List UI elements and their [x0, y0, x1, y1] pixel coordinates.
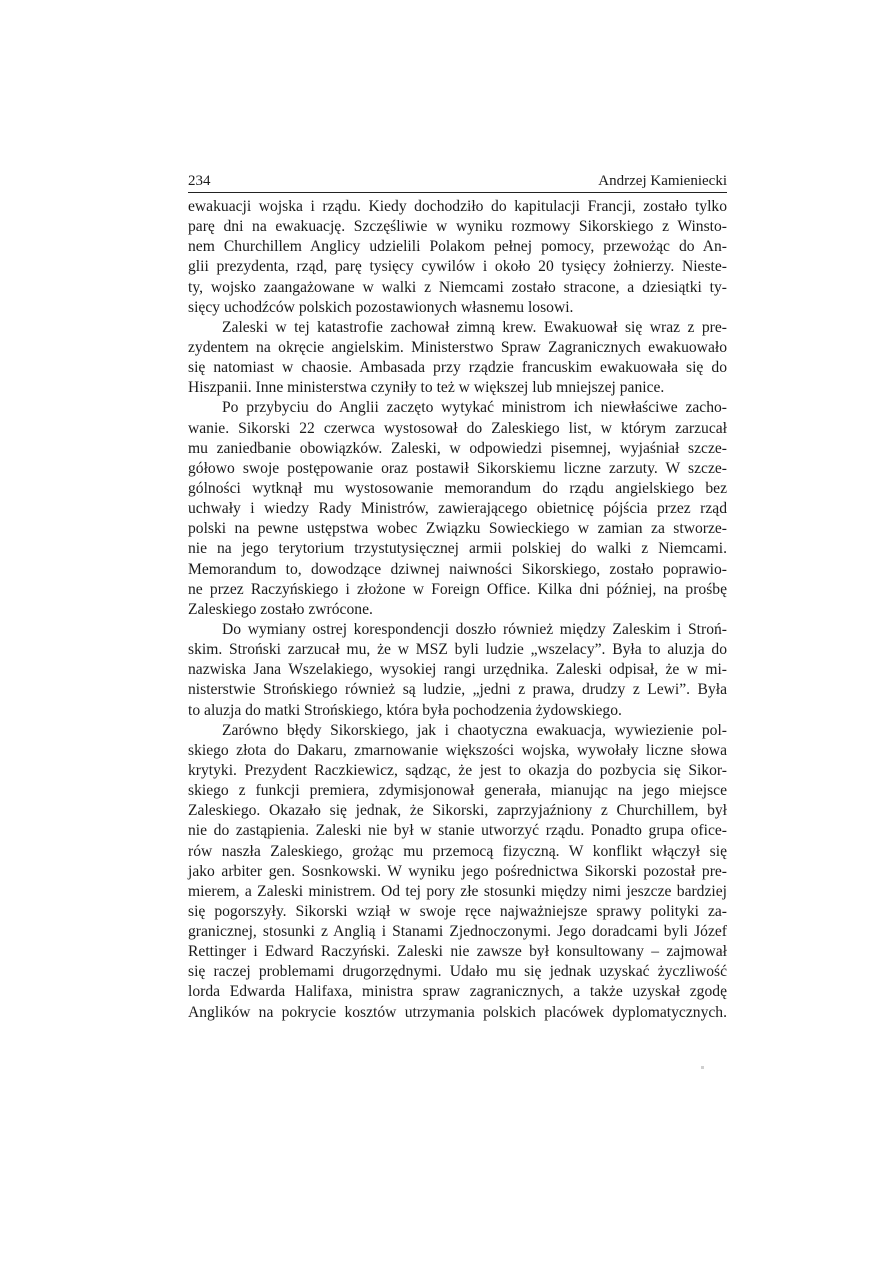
text-line: krytyki. Prezydent Raczkiewicz, sądząc, … [188, 761, 727, 781]
text-line: Zaleski w tej katastrofie zachował zimną… [188, 318, 727, 338]
text-line: granicznej, stosunki z Anglią i Stanami … [188, 922, 727, 942]
text-line: wanie. Sikorski 22 czerwca wystosował do… [188, 419, 727, 439]
text-line: gólności wytknął mu wystosowanie memoran… [188, 479, 727, 499]
text-line: skiego złota do Dakaru, zmarnowanie więk… [188, 741, 727, 761]
text-line: gółowo swoje postępowanie oraz postawił … [188, 459, 727, 479]
text-line: nem Churchillem Anglicy udzielili Polako… [188, 237, 727, 257]
running-head-author: Andrzej Kamieniecki [598, 172, 727, 190]
scan-speck [701, 1066, 704, 1069]
text-line: Zaleskiego zostało zwrócone. [188, 600, 727, 620]
text-line: lorda Edwarda Halifaxa, ministra spraw z… [188, 982, 727, 1002]
text-line: polski na pewne ustępstwa wobec Związku … [188, 519, 727, 539]
book-page: 234 Andrzej Kamieniecki ewakuacji wojska… [188, 172, 727, 1023]
text-line: sięcy uchodźców polskich pozostawionych … [188, 298, 727, 318]
text-line: nisterstwie Strońskiego również są ludzi… [188, 680, 727, 700]
text-line: Hiszpanii. Inne ministerstwa czyniły to … [188, 378, 727, 398]
text-line: glii prezydenta, rząd, parę tysięcy cywi… [188, 257, 727, 277]
text-line: mu zaniedbanie obowiązków. Zaleski, w od… [188, 439, 727, 459]
text-line: skiego z funkcji premiera, zdymisjonował… [188, 781, 727, 801]
text-line: nie do zastąpienia. Zaleski nie był w st… [188, 821, 727, 841]
text-line: rów naszła Zaleskiego, grożąc mu przemoc… [188, 842, 727, 862]
text-line: ne przez Raczyńskiego i złożone w Foreig… [188, 580, 727, 600]
text-line: się natomiast w chaosie. Ambasada przy r… [188, 358, 727, 378]
text-line: nie na jego terytorium trzystutysięcznej… [188, 539, 727, 559]
text-line: Po przybyciu do Anglii zaczęto wytykać m… [188, 398, 727, 418]
text-line: mierem, a Zaleski ministrem. Od tej pory… [188, 882, 727, 902]
text-line: to aluzja do matki Strońskiego, która by… [188, 701, 727, 721]
text-line: ewakuacji wojska i rządu. Kiedy dochodzi… [188, 197, 727, 217]
text-line: Anglików na pokrycie kosztów utrzymania … [188, 1003, 727, 1023]
page-number: 234 [188, 172, 211, 190]
running-head: 234 Andrzej Kamieniecki [188, 172, 727, 193]
text-line: nazwiska Jana Wszelakiego, wysokiej rang… [188, 660, 727, 680]
text-line: się raczej problemami drugorzędnymi. Uda… [188, 962, 727, 982]
text-line: jako arbiter gen. Sosnkowski. W wyniku j… [188, 862, 727, 882]
text-line: Do wymiany ostrej korespondencji doszło … [188, 620, 727, 640]
text-line: się pogorszyły. Sikorski wziął w swoje r… [188, 902, 727, 922]
text-line: Memorandum to, dowodzące dziwnej naiwnoś… [188, 560, 727, 580]
text-line: ty, wojsko zaangażowane w walki z Niemca… [188, 278, 727, 298]
text-line: parę dni na ewakuację. Szczęśliwie w wyn… [188, 217, 727, 237]
text-line: skim. Stroński zarzucał mu, że w MSZ byl… [188, 640, 727, 660]
text-line: Rettinger i Edward Raczyński. Zaleski ni… [188, 942, 727, 962]
text-line: Zaleskiego. Okazało się jednak, że Sikor… [188, 801, 727, 821]
text-line: Zarówno błędy Sikorskiego, jak i chaotyc… [188, 721, 727, 741]
body-text: ewakuacji wojska i rządu. Kiedy dochodzi… [188, 197, 727, 1023]
text-line: zydentem na okręcie angielskim. Minister… [188, 338, 727, 358]
text-line: uchwały i wiedzy Rady Ministrów, zawiera… [188, 499, 727, 519]
